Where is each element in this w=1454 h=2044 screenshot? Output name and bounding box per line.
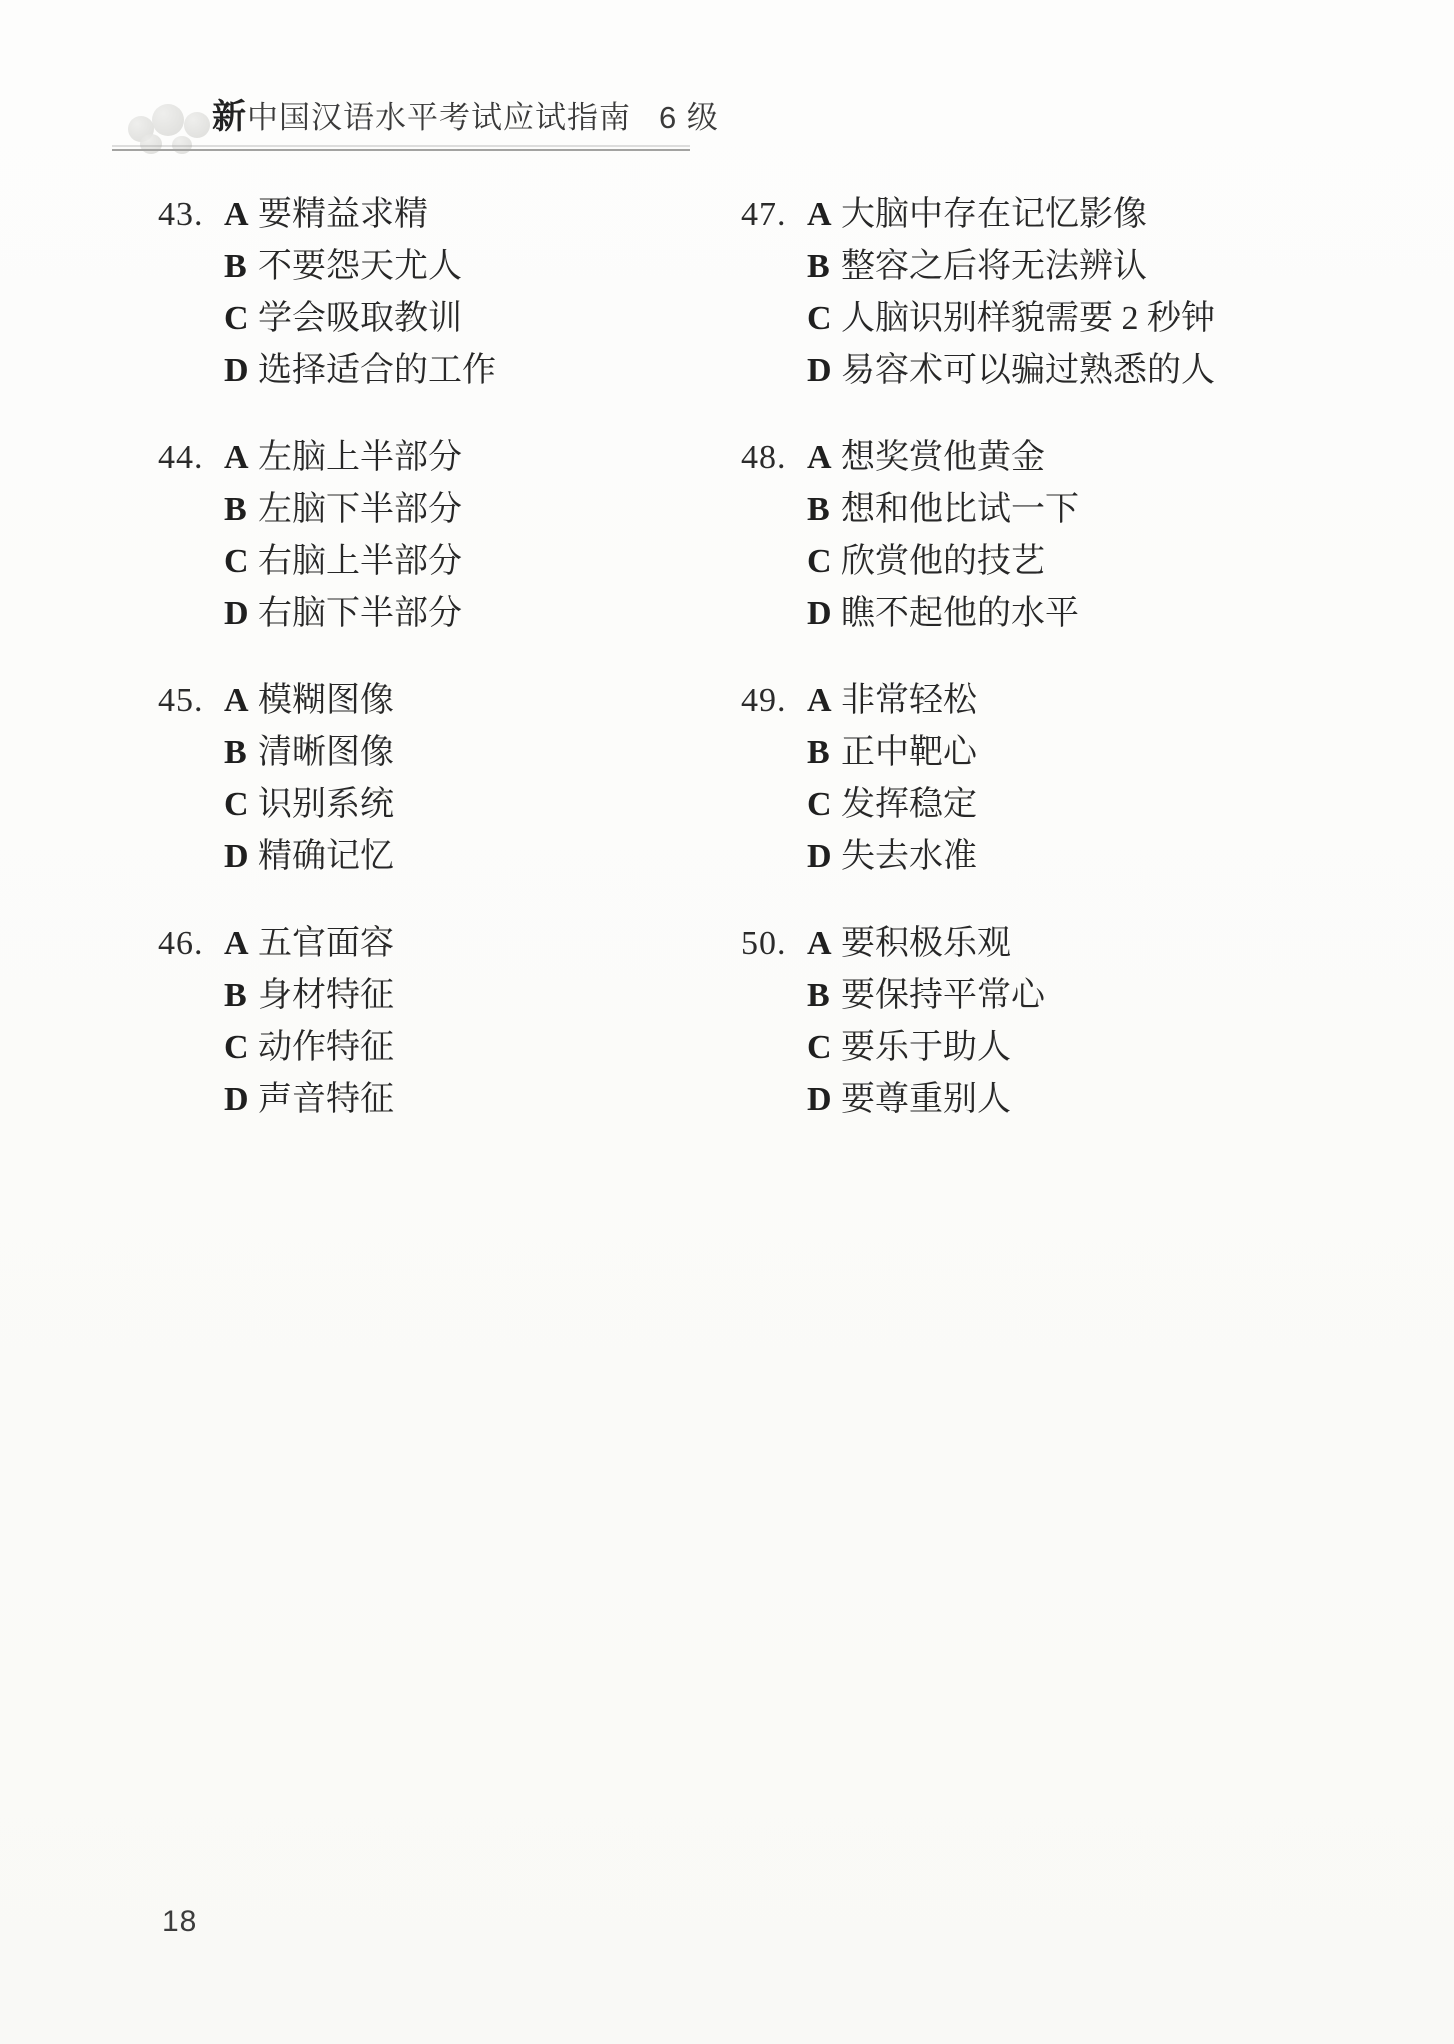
option-48-a: A想奖赏他黄金 [807,432,1079,484]
option-text: 要尊重别人 [841,1081,1011,1118]
option-label: B [807,241,833,293]
option-text: 左脑上半部分 [258,439,462,476]
option-text: 失去水准 [841,838,977,875]
options-list: A左脑上半部分 B左脑下半部分 C右脑上半部分 D右脑下半部分 [224,432,462,640]
option-label: D [807,345,833,397]
option-label: C [224,536,250,588]
option-label: C [224,779,250,831]
option-43-b: B不要怨天尤人 [224,241,496,293]
option-43-c: C学会吸取教训 [224,293,496,345]
option-49-a: A非常轻松 [807,675,977,727]
question-50: 50. A要积极乐观 B要保持平常心 C要乐于助人 D要尊重别人 [741,918,1215,1126]
option-48-b: B想和他比试一下 [807,484,1079,536]
option-text: 左脑下半部分 [258,491,462,528]
option-45-b: B清晰图像 [224,727,394,779]
option-text: 动作特征 [258,1029,394,1066]
options-list: A大脑中存在记忆影像 B整容之后将无法辨认 C人脑识别样貌需要 2 秒钟 D易容… [807,189,1215,397]
option-text: 瞧不起他的水平 [841,595,1079,632]
option-label: B [807,970,833,1022]
option-text: 五官面容 [258,925,394,962]
question-column-right: 47. A大脑中存在记忆影像 B整容之后将无法辨认 C人脑识别样貌需要 2 秒钟… [741,189,1215,1161]
page-number: 18 [162,1905,197,1939]
option-label: D [807,588,833,640]
header-title: 中国汉语水平考试应试指南 [247,100,631,135]
option-47-d: D易容术可以骗过熟悉的人 [807,345,1215,397]
option-text: 非常轻松 [841,682,977,719]
option-label: B [224,241,250,293]
option-45-c: C识别系统 [224,779,394,831]
option-label: C [807,1022,833,1074]
option-46-b: B身材特征 [224,970,394,1022]
options-list: A非常轻松 B正中靶心 C发挥稳定 D失去水准 [807,675,977,883]
option-label: D [224,345,250,397]
question-44: 44. A左脑上半部分 B左脑下半部分 C右脑上半部分 D右脑下半部分 [158,432,496,640]
option-text: 要积极乐观 [841,925,1011,962]
option-text: 欣赏他的技艺 [841,543,1045,580]
option-text: 身材特征 [258,977,394,1014]
running-header: 新中国汉语水平考试应试指南6 级 [212,97,719,138]
option-44-c: C右脑上半部分 [224,536,462,588]
question-number: 48. [741,432,807,640]
option-text: 发挥稳定 [841,786,977,823]
option-text: 正中靶心 [841,734,977,771]
options-list: A要精益求精 B不要怨天尤人 C学会吸取教训 D选择适合的工作 [224,189,496,397]
option-45-a: A模糊图像 [224,675,394,727]
options-list: A想奖赏他黄金 B想和他比试一下 C欣赏他的技艺 D瞧不起他的水平 [807,432,1079,640]
option-43-a: A要精益求精 [224,189,496,241]
publisher-logo-mark [128,96,220,154]
option-47-a: A大脑中存在记忆影像 [807,189,1215,241]
option-50-d: D要尊重别人 [807,1074,1045,1126]
option-label: D [224,831,250,883]
option-text: 要乐于助人 [841,1029,1011,1066]
option-46-d: D声音特征 [224,1074,394,1126]
option-45-d: D精确记忆 [224,831,394,883]
option-label: A [807,918,833,970]
option-47-c: C人脑识别样貌需要 2 秒钟 [807,293,1215,345]
question-number: 47. [741,189,807,397]
option-label: B [807,727,833,779]
option-label: B [807,484,833,536]
option-50-c: C要乐于助人 [807,1022,1045,1074]
option-label: C [807,536,833,588]
option-50-a: A要积极乐观 [807,918,1045,970]
options-list: A五官面容 B身材特征 C动作特征 D声音特征 [224,918,394,1126]
option-label: C [224,293,250,345]
option-text: 学会吸取教训 [258,300,462,337]
option-label: D [224,1074,250,1126]
header-level: 6 级 [659,100,719,135]
question-number: 44. [158,432,224,640]
logo-blob [184,112,210,138]
option-text: 声音特征 [258,1081,394,1118]
header-divider-rule [112,149,690,151]
option-text: 精确记忆 [258,838,394,875]
option-label: A [224,918,250,970]
logo-blob [172,136,192,154]
option-text: 想奖赏他黄金 [841,439,1045,476]
option-label: A [807,189,833,241]
option-text: 大脑中存在记忆影像 [841,196,1147,233]
option-text: 要保持平常心 [841,977,1045,1014]
option-label: A [807,432,833,484]
option-text: 整容之后将无法辨认 [841,248,1147,285]
option-49-d: D失去水准 [807,831,977,883]
question-47: 47. A大脑中存在记忆影像 B整容之后将无法辨认 C人脑识别样貌需要 2 秒钟… [741,189,1215,397]
question-number: 45. [158,675,224,883]
option-label: A [807,675,833,727]
option-label: A [224,432,250,484]
option-label: C [224,1022,250,1074]
option-label: A [224,189,250,241]
question-46: 46. A五官面容 B身材特征 C动作特征 D声音特征 [158,918,496,1126]
option-text: 清晰图像 [258,734,394,771]
option-47-b: B整容之后将无法辨认 [807,241,1215,293]
header-title-prefix: 新 [212,98,247,136]
scanned-page: 新中国汉语水平考试应试指南6 级 43. A要精益求精 B不要怨天尤人 C学会吸… [0,0,1454,2044]
option-46-a: A五官面容 [224,918,394,970]
option-44-d: D右脑下半部分 [224,588,462,640]
question-column-left: 43. A要精益求精 B不要怨天尤人 C学会吸取教训 D选择适合的工作 44. … [158,189,496,1161]
option-text: 右脑下半部分 [258,595,462,632]
question-number: 49. [741,675,807,883]
question-45: 45. A模糊图像 B清晰图像 C识别系统 D精确记忆 [158,675,496,883]
option-text: 想和他比试一下 [841,491,1079,528]
option-label: A [224,675,250,727]
question-number: 50. [741,918,807,1126]
question-number: 43. [158,189,224,397]
option-46-c: C动作特征 [224,1022,394,1074]
options-list: A模糊图像 B清晰图像 C识别系统 D精确记忆 [224,675,394,883]
option-label: D [807,831,833,883]
option-50-b: B要保持平常心 [807,970,1045,1022]
question-number: 46. [158,918,224,1126]
option-label: B [224,970,250,1022]
option-43-d: D选择适合的工作 [224,345,496,397]
option-label: C [807,293,833,345]
option-48-c: C欣赏他的技艺 [807,536,1079,588]
question-48: 48. A想奖赏他黄金 B想和他比试一下 C欣赏他的技艺 D瞧不起他的水平 [741,432,1215,640]
option-44-b: B左脑下半部分 [224,484,462,536]
question-49: 49. A非常轻松 B正中靶心 C发挥稳定 D失去水准 [741,675,1215,883]
option-49-b: B正中靶心 [807,727,977,779]
option-text: 选择适合的工作 [258,352,496,389]
option-label: C [807,779,833,831]
option-label: D [807,1074,833,1126]
logo-blob [140,134,162,154]
option-text: 不要怨天尤人 [258,248,462,285]
option-44-a: A左脑上半部分 [224,432,462,484]
option-label: D [224,588,250,640]
logo-blob [152,104,184,136]
option-label: B [224,484,250,536]
question-43: 43. A要精益求精 B不要怨天尤人 C学会吸取教训 D选择适合的工作 [158,189,496,397]
option-text: 人脑识别样貌需要 2 秒钟 [841,300,1215,337]
option-49-c: C发挥稳定 [807,779,977,831]
option-text: 模糊图像 [258,682,394,719]
options-list: A要积极乐观 B要保持平常心 C要乐于助人 D要尊重别人 [807,918,1045,1126]
option-text: 识别系统 [258,786,394,823]
option-label: B [224,727,250,779]
option-text: 易容术可以骗过熟悉的人 [841,352,1215,389]
option-text: 右脑上半部分 [258,543,462,580]
option-text: 要精益求精 [258,196,428,233]
option-48-d: D瞧不起他的水平 [807,588,1079,640]
